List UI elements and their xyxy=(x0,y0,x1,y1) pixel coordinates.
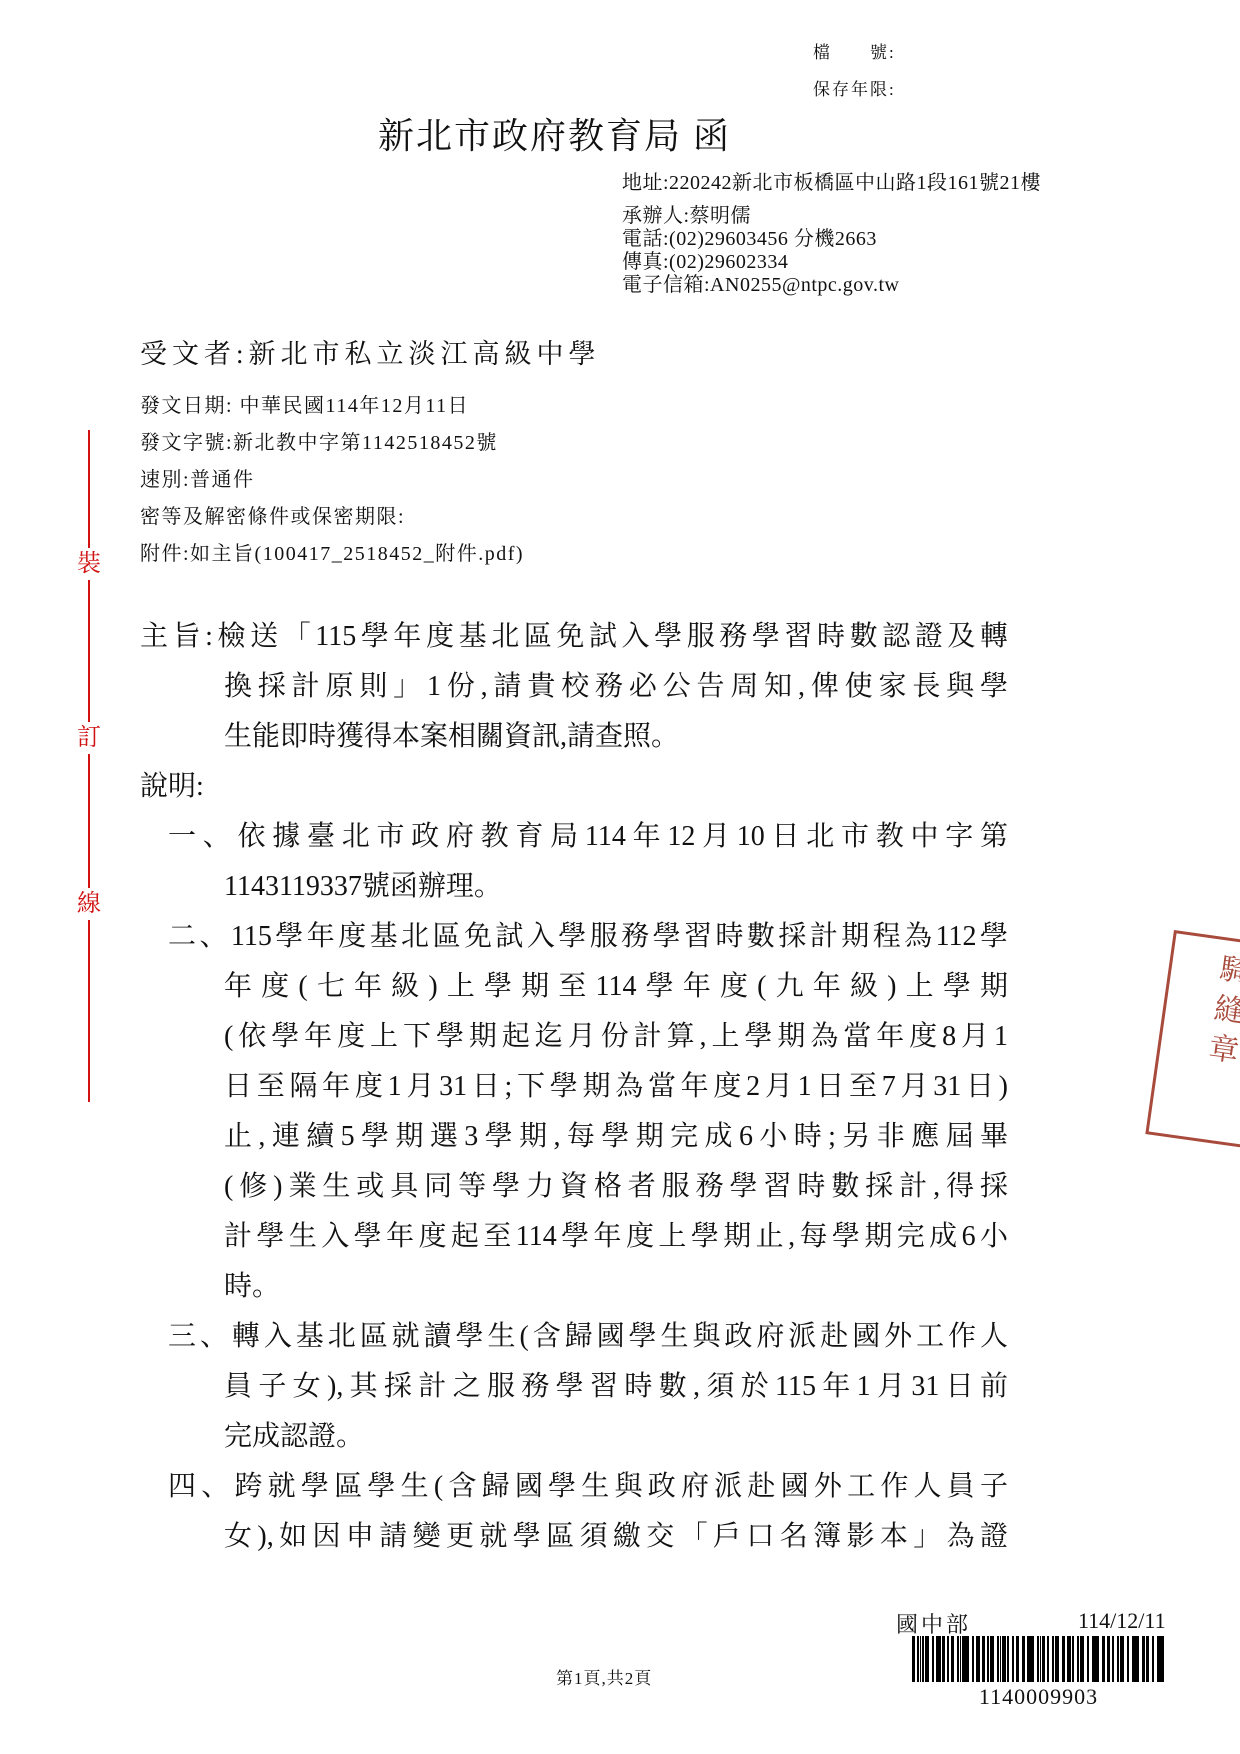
list-item-2-line: 二、115學年度基北區免試入學服務學習時數採計期程為112學 xyxy=(140,912,1008,962)
recipient-line: 受文者:新北市私立淡江高級中學 xyxy=(140,332,601,371)
subject-line: 生能即時獲得本案相關資訊,請查照。 xyxy=(140,712,1008,762)
list-item-2-line: (修)業生或具同等學力資格者服務學習時數採計,得採 xyxy=(140,1162,1008,1212)
document-title: 新北市政府教育局 函 xyxy=(378,108,731,159)
stamp-text: 騎縫章 xyxy=(1195,939,1240,1076)
list-item-2-line: 止,連續5學期選3學期,每學期完成6小時;另非應屆畢 xyxy=(140,1112,1008,1162)
barcode xyxy=(912,1636,1165,1682)
sender-contact-person: 承辦人:蔡明儒 xyxy=(622,205,1041,228)
footer-date: 114/12/11 xyxy=(1078,1608,1166,1634)
sender-info-block: 地址:220242新北市板橋區中山路1段161號21樓 承辦人:蔡明儒 電話:(… xyxy=(622,172,1041,297)
binding-mark-zhuang: 裝 xyxy=(76,548,102,580)
binding-mark-xian: 線 xyxy=(76,888,102,920)
list-item-1-line: 1143119337號函辦理。 xyxy=(140,862,1008,912)
sender-email: 電子信箱:AN0255@ntpc.gov.tw xyxy=(622,274,1041,297)
document-meta-block: 發文日期: 中華民國114年12月11日 發文字號:新北教中字第11425184… xyxy=(140,388,524,573)
list-item-2-line: 日至隔年度1月31日;下學期為當年度2月1日至7月31日) xyxy=(140,1062,1008,1112)
page-indicator: 第1頁,共2頁 xyxy=(556,1664,652,1689)
sender-fax: 傳真:(02)29602334 xyxy=(622,251,1041,274)
list-item-4-line: 女),如因申請變更就學區須繳交「戶口名簿影本」為證 xyxy=(140,1512,1008,1562)
list-item-1-line: 一、依據臺北市政府教育局114年12月10日北市教中字第 xyxy=(140,812,1008,862)
official-letter-page: 檔 號: 保存年限: 新北市政府教育局 函 地址:220242新北市板橋區中山路… xyxy=(0,0,1240,1754)
list-item-2-line: 年度(七年級)上學期至114學年度(九年級)上學期 xyxy=(140,962,1008,1012)
binding-mark-ding: 訂 xyxy=(76,722,102,754)
attachment-line: 附件:如主旨(100417_2518452_附件.pdf) xyxy=(140,536,524,573)
issue-date-line: 發文日期: 中華民國114年12月11日 xyxy=(140,388,524,425)
list-item-3-line: 完成認證。 xyxy=(140,1412,1008,1462)
cross-page-seal-stamp: 騎縫章 xyxy=(1145,930,1240,1151)
retention-period-label: 保存年限: xyxy=(813,71,896,108)
sender-address: 地址:220242新北市板橋區中山路1段161號21樓 xyxy=(622,172,1041,195)
list-item-2-line: 計學生入學年度起至114學年度上學期止,每學期完成6小 xyxy=(140,1212,1008,1262)
list-item-2-line: (依學年度上下學期起迄月份計算,上學期為當年度8月1 xyxy=(140,1012,1008,1062)
footer-department: 國中部 xyxy=(896,1608,971,1639)
list-item-3-line: 員子女),其採計之服務學習時數,須於115年1月31日前 xyxy=(140,1362,1008,1412)
priority-line: 速別:普通件 xyxy=(140,462,524,499)
document-number-line: 發文字號:新北教中字第1142518452號 xyxy=(140,425,524,462)
explanation-label: 說明: xyxy=(140,762,1008,812)
binding-margin-line xyxy=(88,430,90,1102)
barcode-number: 1140009903 xyxy=(912,1684,1165,1710)
subject-line: 主旨:檢送「115學年度基北區免試入學服務學習時數認證及轉 xyxy=(140,612,1008,662)
security-line: 密等及解密條件或保密期限: xyxy=(140,499,524,536)
sender-phone: 電話:(02)29603456 分機2663 xyxy=(622,228,1041,251)
file-number-block: 檔 號: 保存年限: xyxy=(813,34,896,108)
list-item-4-line: 四、跨就學區學生(含歸國學生與政府派赴國外工作人員子 xyxy=(140,1462,1008,1512)
letter-body: 主旨:檢送「115學年度基北區免試入學服務學習時數認證及轉 換採計原則」1份,請… xyxy=(140,612,1008,1562)
subject-line: 換採計原則」1份,請貴校務必公告周知,俾使家長與學 xyxy=(140,662,1008,712)
file-number-label: 檔 號: xyxy=(813,34,896,71)
list-item-3-line: 三、轉入基北區就讀學生(含歸國學生與政府派赴國外工作人 xyxy=(140,1312,1008,1362)
list-item-2-line: 時。 xyxy=(140,1262,1008,1312)
